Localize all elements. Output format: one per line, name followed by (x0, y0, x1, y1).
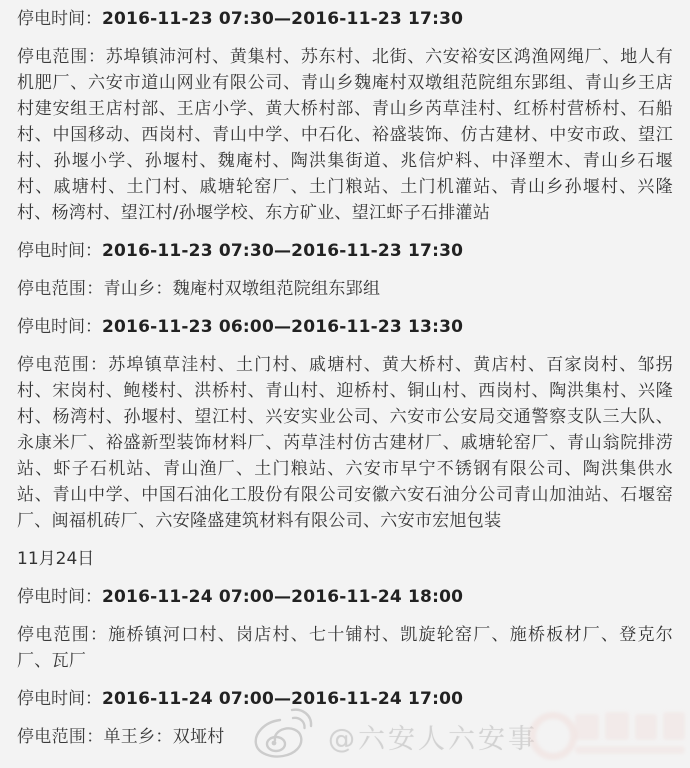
time-label: 停电时间： (17, 241, 102, 261)
outage-1-range-value: 苏埠镇沛河村、黄集村、苏东村、北街、六安裕安区鸿渔网绳厂、地人有机肥厂、六安市道… (17, 47, 673, 223)
time-label: 停电时间： (17, 9, 102, 29)
range-label: 停电范围： (17, 625, 108, 645)
outage-3-range-value: 苏埠镇草洼村、土门村、戚塘村、黄大桥村、黄店村、百家岗村、邹拐村、宋岗村、鲍楼村… (17, 355, 673, 531)
time-label: 停电时间： (17, 587, 102, 607)
time-label: 停电时间： (17, 689, 102, 709)
outage-4-range-value: 施桥镇河口村、岗店村、七十铺村、凯旋轮窑厂、施桥板材厂、登克尔厂、瓦厂 (17, 625, 673, 671)
outage-5-range-row: 停电范围：单王乡：双垭村 (17, 724, 673, 750)
outage-1-range-row: 停电范围：苏埠镇沛河村、黄集村、苏东村、北街、六安裕安区鸿渔网绳厂、地人有机肥厂… (17, 44, 673, 226)
outage-1-time-value: 2016-11-23 07:30—2016-11-23 17:30 (102, 9, 463, 29)
range-label: 停电范围： (17, 355, 108, 375)
outage-5-range-value: 单王乡：双垭村 (104, 727, 225, 747)
outage-3-range-row: 停电范围：苏埠镇草洼村、土门村、戚塘村、黄大桥村、黄店村、百家岗村、邹拐村、宋岗… (17, 352, 673, 534)
range-label: 停电范围： (17, 47, 106, 67)
outage-4-range-row: 停电范围：施桥镇河口村、岗店村、七十铺村、凯旋轮窑厂、施桥板材厂、登克尔厂、瓦厂 (17, 622, 673, 674)
outage-1-time-row: 停电时间：2016-11-23 07:30—2016-11-23 17:30 (17, 6, 673, 32)
range-label: 停电范围： (17, 279, 104, 299)
range-label: 停电范围： (17, 727, 104, 747)
outage-4-time-row: 停电时间：2016-11-24 07:00—2016-11-24 18:00 (17, 584, 673, 610)
date-header: 11月24日 (17, 546, 673, 572)
time-label: 停电时间： (17, 317, 102, 337)
outage-2-range-row: 停电范围：青山乡：魏庵村双墩组范院组东郢组 (17, 276, 673, 302)
outage-2-time-value: 2016-11-23 07:30—2016-11-23 17:30 (102, 241, 463, 261)
outage-2-time-row: 停电时间：2016-11-23 07:30—2016-11-23 17:30 (17, 238, 673, 264)
outage-notice-page: 停电时间：2016-11-23 07:30—2016-11-23 17:30 停… (0, 0, 690, 768)
outage-3-time-row: 停电时间：2016-11-23 06:00—2016-11-23 13:30 (17, 314, 673, 340)
outage-4-time-value: 2016-11-24 07:00—2016-11-24 18:00 (102, 587, 463, 607)
outage-5-time-row: 停电时间：2016-11-24 07:00—2016-11-24 17:00 (17, 686, 673, 712)
outage-3-time-value: 2016-11-23 06:00—2016-11-23 13:30 (102, 317, 463, 337)
outage-2-range-value: 青山乡：魏庵村双墩组范院组东郢组 (104, 279, 381, 299)
outage-5-time-value: 2016-11-24 07:00—2016-11-24 17:00 (102, 689, 463, 709)
